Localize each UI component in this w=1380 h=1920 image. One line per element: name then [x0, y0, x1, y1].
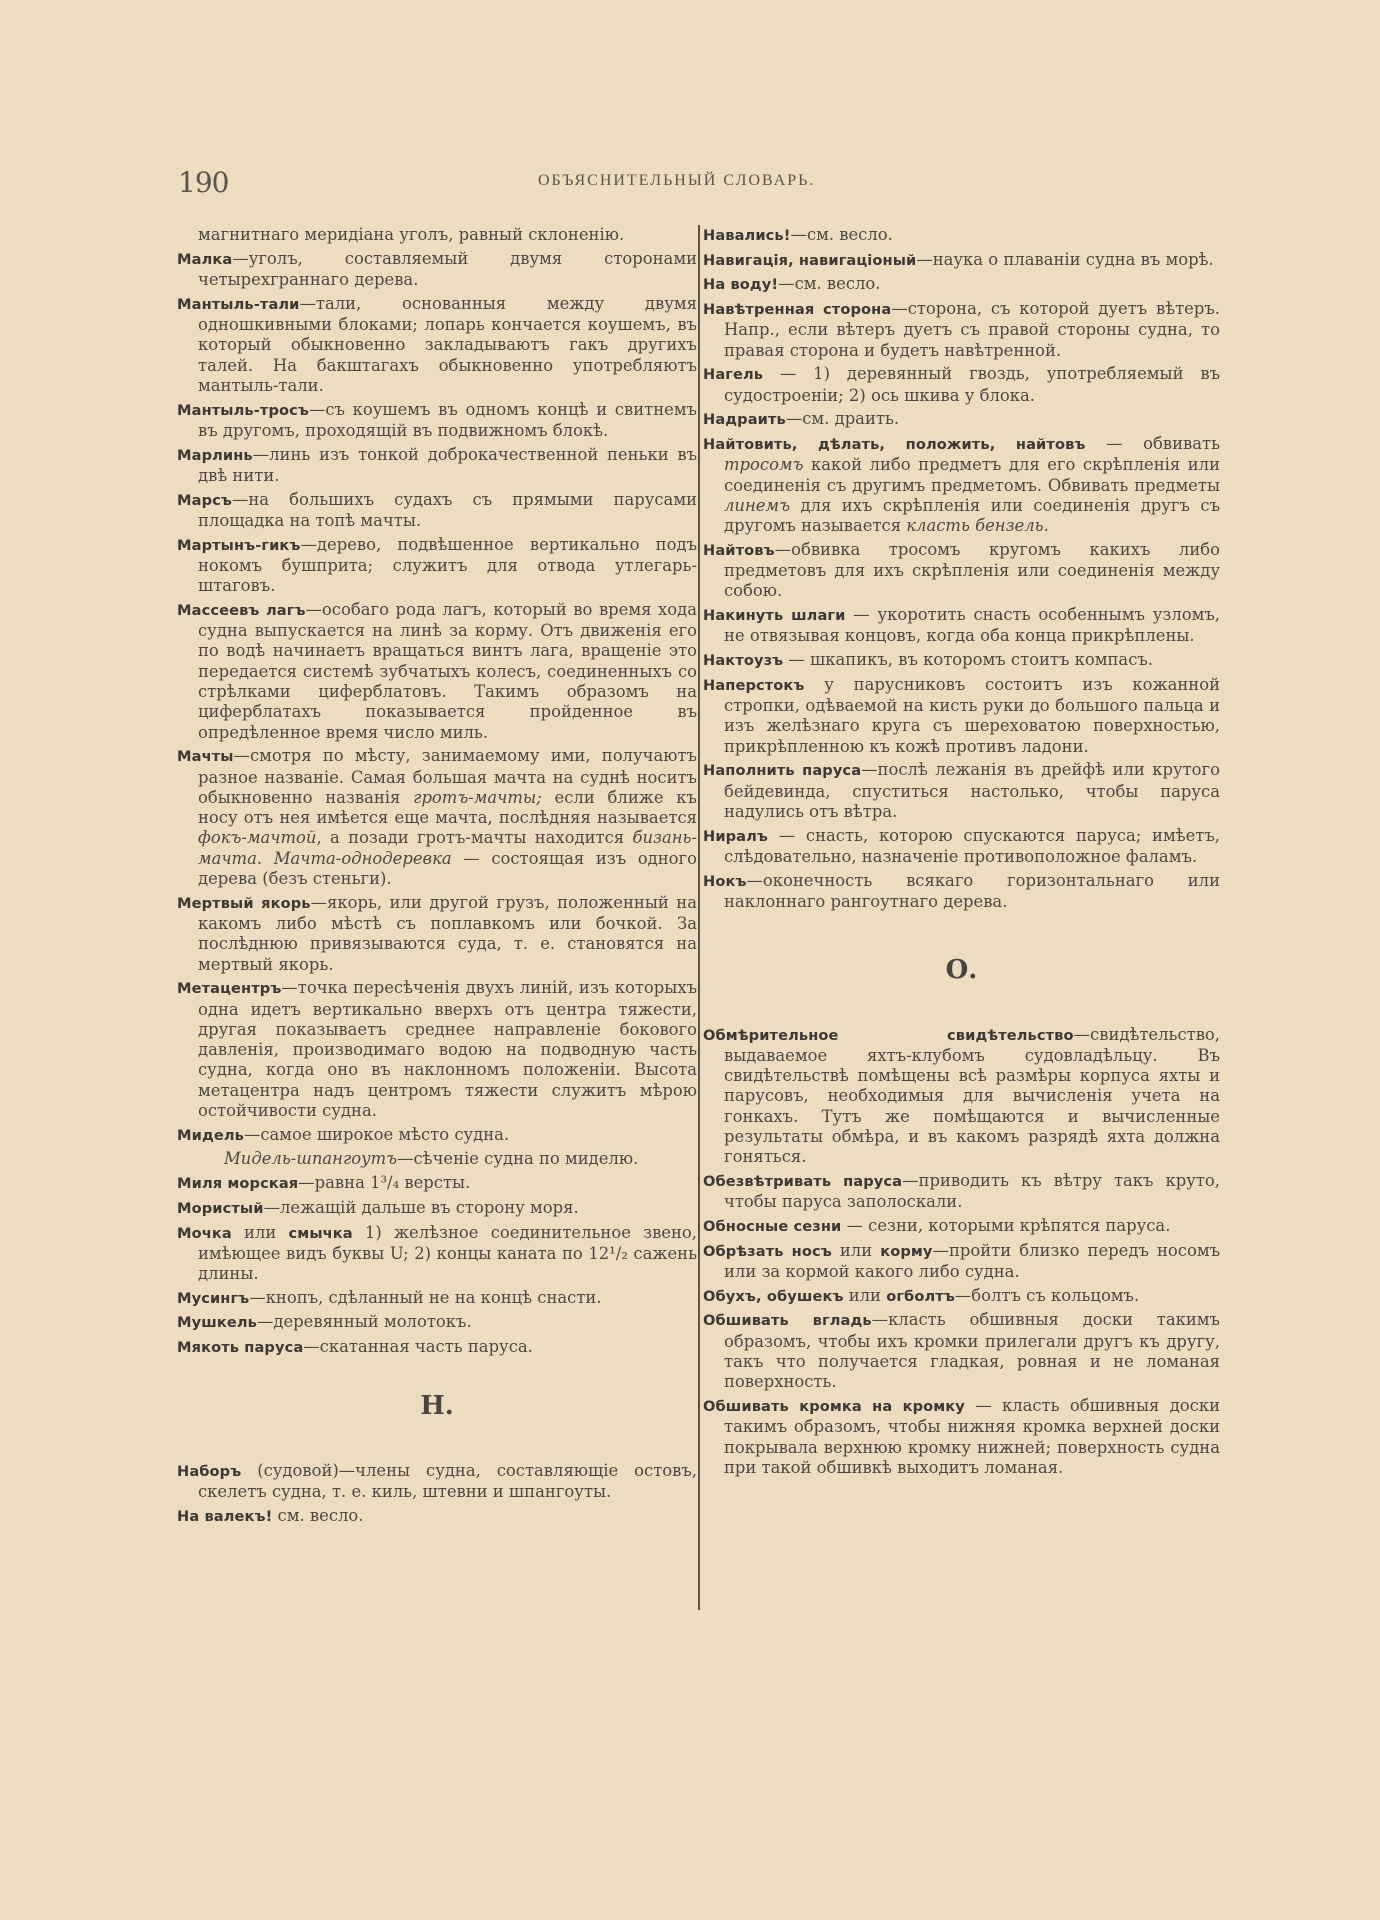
entry-term: Миля морская — [177, 1175, 298, 1192]
continuation-text: магнитнаго меридіана уголъ, равный склон… — [177, 225, 697, 245]
entry-term: Массеевъ лагъ — [177, 602, 306, 619]
dictionary-entry: Навѣтренная сторона—сторона, съ которой … — [703, 299, 1220, 361]
entry-term-alt: смычка — [289, 1225, 353, 1242]
entry-term: Мочка — [177, 1225, 232, 1242]
entry-term: На воду! — [703, 276, 778, 293]
dictionary-entry: Мантыль-тросъ—съ коушемъ въ одномъ концѣ… — [177, 400, 697, 442]
entry-definition: — снасть, которою спускаются паруса; имѣ… — [724, 826, 1220, 866]
entry-definition: —сѣченіе судна по миделю. — [397, 1149, 638, 1168]
dictionary-entry: Наборъ (судовой)—члены судна, составляющ… — [177, 1461, 697, 1503]
entry-definition: —равна 1³/₄ версты. — [298, 1173, 470, 1192]
entry-term: Обезвѣтривать паруса — [703, 1173, 902, 1190]
entry-term: Мартынъ-гикъ — [177, 537, 301, 554]
entry-definition: —свидѣтельство, выдаваемое яхтъ-клубомъ … — [724, 1025, 1220, 1167]
entry-term: Навались! — [703, 227, 791, 244]
dictionary-entry: Нактоузъ — шкапикъ, въ которомъ стоитъ к… — [703, 650, 1220, 671]
entry-definition: , а позади гротъ-мачты находится — [316, 828, 632, 847]
dictionary-entry: Мачты—смотря по мѣсту, занимаемому ими, … — [177, 746, 697, 889]
entry-definition: —см. весло. — [791, 225, 893, 244]
dictionary-entry: Массеевъ лагъ—особаго рода лагъ, который… — [177, 600, 697, 743]
entry-term: Обмѣрительное свидѣтельство — [703, 1027, 1074, 1044]
entry-term: Мачты — [177, 748, 234, 765]
dictionary-entry: На воду!—см. весло. — [703, 274, 1220, 295]
entry-term: Наполнить паруса — [703, 762, 861, 779]
italic-term: тросомъ — [724, 455, 803, 474]
entry-joiner: или — [844, 1286, 887, 1305]
entry-definition: —лежащій дальше въ сторону моря. — [264, 1198, 579, 1217]
column-divider — [698, 225, 700, 1610]
entry-definition: (судовой)—члены судна, составляющіе осто… — [198, 1461, 697, 1501]
entry-term: Надраить — [703, 411, 786, 428]
entry-term: Накинуть шлаги — [703, 607, 845, 624]
entry-term: На валекъ! — [177, 1508, 272, 1525]
entry-definition: —см. драить. — [786, 409, 899, 428]
left-column: магнитнаго меридіана уголъ, равный склон… — [177, 225, 697, 1530]
dictionary-entry: Навигація, навигаціоный—наука о плаваніи… — [703, 250, 1220, 271]
entry-term: Марсъ — [177, 492, 232, 509]
entry-definition: —кнопъ, сдѣланный не на концѣ снасти. — [249, 1288, 601, 1307]
entry-definition: —скатанная часть паруса. — [303, 1337, 533, 1356]
section-letter-heading: О. — [703, 960, 1220, 980]
entry-definition: — сезни, которыми крѣпятся паруса. — [841, 1216, 1170, 1235]
dictionary-entry: Обухъ, обушекъ или огболтъ—болтъ съ коль… — [703, 1286, 1220, 1307]
entry-term: Обрѣзать носъ — [703, 1243, 832, 1260]
dictionary-entry: Мертвый якорь—якорь, или другой грузъ, п… — [177, 893, 697, 975]
entry-term: Ниралъ — [703, 828, 768, 845]
dictionary-entry: Обрѣзать носъ или корму—пройти близко пе… — [703, 1241, 1220, 1283]
right-column: Навались!—см. весло. Навигація, навигаці… — [703, 225, 1220, 1482]
dictionary-entry: Найтовъ—обвивка тросомъ кругомъ какихъ л… — [703, 540, 1220, 602]
dictionary-entry: На валекъ! см. весло. — [177, 1506, 697, 1527]
entry-term: Марлинь — [177, 447, 253, 464]
entry-definition: —самое широкое мѣсто судна. — [244, 1125, 509, 1144]
entry-definition: — обвивать — [1085, 434, 1220, 453]
entry-term: Мидель — [177, 1127, 244, 1144]
entry-definition: —точка пересѣченія двухъ линій, изъ кото… — [198, 978, 697, 1120]
entry-term: Нактоузъ — [703, 652, 783, 669]
dictionary-entry: Мантыль-тали—тали, основанныя между двум… — [177, 294, 697, 396]
dictionary-entry: Наперстокъ у парусниковъ состоитъ изъ ко… — [703, 675, 1220, 757]
entry-joiner: или — [232, 1223, 289, 1242]
dictionary-entry: Марсъ—на большихъ судахъ съ прямыми пару… — [177, 490, 697, 532]
italic-term: класть бензель. — [906, 516, 1049, 535]
dictionary-entry: Марлинь—линь изъ тонкой доброкачественно… — [177, 445, 697, 487]
dictionary-entry: Миля морская—равна 1³/₄ версты. — [177, 1173, 697, 1194]
entry-term: Обносные сезни — [703, 1218, 841, 1235]
entry-definition: —на большихъ судахъ съ прямыми парусами … — [198, 490, 697, 530]
italic-term: линемъ — [724, 496, 790, 515]
entry-term: Нокъ — [703, 873, 747, 890]
dictionary-entry: Накинуть шлаги — укоротить снасть особен… — [703, 605, 1220, 647]
entry-definition: — шкапикъ, въ которомъ стоитъ компасъ. — [783, 650, 1153, 669]
dictionary-entry: Мартынъ-гикъ—дерево, подвѣшенное вертика… — [177, 535, 697, 597]
dictionary-entry: Ниралъ — снасть, которою спускаются пару… — [703, 826, 1220, 868]
running-head: ОБЪЯСНИТЕЛЬНЫЙ СЛОВАРЬ. — [538, 172, 815, 190]
entry-term: Мористый — [177, 1200, 264, 1217]
dictionary-entry: Малка—уголъ, составляемый двумя сторонам… — [177, 249, 697, 291]
entry-term: Метацентръ — [177, 980, 281, 997]
dictionary-entry: Надраить—см. драить. — [703, 409, 1220, 430]
dictionary-entry: Мусингъ—кнопъ, сдѣланный не на концѣ сна… — [177, 1288, 697, 1309]
entry-definition: см. весло. — [272, 1506, 363, 1525]
dictionary-entry: Обшивать кромка на кромку — класть обшив… — [703, 1396, 1220, 1478]
dictionary-entry: Навались!—см. весло. — [703, 225, 1220, 246]
entry-term: Мертвый якорь — [177, 895, 311, 912]
dictionary-subentry: Мидель-шпангоутъ—сѣченіе судна по миделю… — [177, 1149, 697, 1169]
entry-term: Мякоть паруса — [177, 1339, 303, 1356]
dictionary-entry: Обезвѣтривать паруса—приводить къ вѣтру … — [703, 1171, 1220, 1213]
entry-definition: —болтъ съ кольцомъ. — [955, 1286, 1139, 1305]
entry-definition: —уголъ, составляемый двумя сторонами чет… — [198, 249, 697, 289]
entry-term: Обшивать вгладь — [703, 1312, 872, 1329]
entry-term: Наборъ — [177, 1463, 241, 1480]
section-letter-heading: Н. — [177, 1396, 697, 1416]
entry-term: Обухъ, обушекъ — [703, 1288, 844, 1305]
dictionary-entry: Мидель—самое широкое мѣсто судна. — [177, 1125, 697, 1146]
dictionary-entry: Обшивать вгладь—класть обшивныя доски та… — [703, 1310, 1220, 1392]
entry-definition: —наука о плаваніи судна въ морѣ. — [916, 250, 1213, 269]
entry-definition: —линь изъ тонкой доброкачественной пеньк… — [198, 445, 697, 485]
entry-term: Найтовъ — [703, 542, 775, 559]
italic-term: гротъ-мачты; — [413, 788, 542, 807]
entry-joiner: или — [832, 1241, 880, 1260]
entry-term: Найтовить, дѣлать, положить, найтовъ — [703, 436, 1085, 453]
entry-term: Мантыль-тросъ — [177, 402, 309, 419]
entry-term: Мусингъ — [177, 1290, 249, 1307]
dictionary-entry: Мякоть паруса—скатанная часть паруса. — [177, 1337, 697, 1358]
dictionary-entry: Мористый—лежащій дальше въ сторону моря. — [177, 1198, 697, 1219]
dictionary-entry: Нокъ—оконечность всякаго горизонтальнаго… — [703, 871, 1220, 913]
dictionary-entry: Мочка или смычка 1) желѣзное соединитель… — [177, 1223, 697, 1285]
entry-term-alt: огболтъ — [886, 1288, 955, 1305]
entry-definition: — 1) деревянный гвоздь, употребляемый въ… — [724, 364, 1220, 404]
dictionary-entry: Обносные сезни — сезни, которыми крѣпятс… — [703, 1216, 1220, 1237]
entry-definition: —деревянный молотокъ. — [257, 1312, 472, 1331]
dictionary-entry: Нагель — 1) деревянный гвоздь, употребля… — [703, 364, 1220, 406]
entry-term: Наперстокъ — [703, 677, 805, 694]
entry-subterm: Мидель-шпангоутъ — [224, 1149, 397, 1168]
dictionary-entry: Метацентръ—точка пересѣченія двухъ линій… — [177, 978, 697, 1121]
entry-definition: —особаго рода лагъ, который во время ход… — [198, 600, 697, 742]
dictionary-entry: Наполнить паруса—послѣ лежанія въ дрейфѣ… — [703, 760, 1220, 822]
entry-term: Мантыль-тали — [177, 296, 300, 313]
entry-definition: —см. весло. — [778, 274, 880, 293]
italic-term: фокъ-мачтой — [198, 828, 316, 847]
dictionary-entry: Найтовить, дѣлать, положить, найтовъ — о… — [703, 434, 1220, 536]
entry-term: Обшивать кромка на кромку — [703, 1398, 965, 1415]
entry-term: Малка — [177, 251, 232, 268]
entry-definition: —оконечность всякаго горизонтальнаго или… — [724, 871, 1220, 911]
entry-term: Нагель — [703, 366, 763, 383]
entry-term: Навѣтренная сторона — [703, 301, 891, 318]
page-number: 190 — [178, 166, 228, 199]
dictionary-entry: Мушкель—деревянный молотокъ. — [177, 1312, 697, 1333]
dictionary-entry: Обмѣрительное свидѣтельство—свидѣтельств… — [703, 1025, 1220, 1168]
entry-term: Навигація, навигаціоный — [703, 252, 916, 269]
entry-term: Мушкель — [177, 1314, 257, 1331]
entry-definition: —обвивка тросомъ кругомъ какихъ либо пре… — [724, 540, 1220, 601]
entry-term-alt: корму — [880, 1243, 932, 1260]
